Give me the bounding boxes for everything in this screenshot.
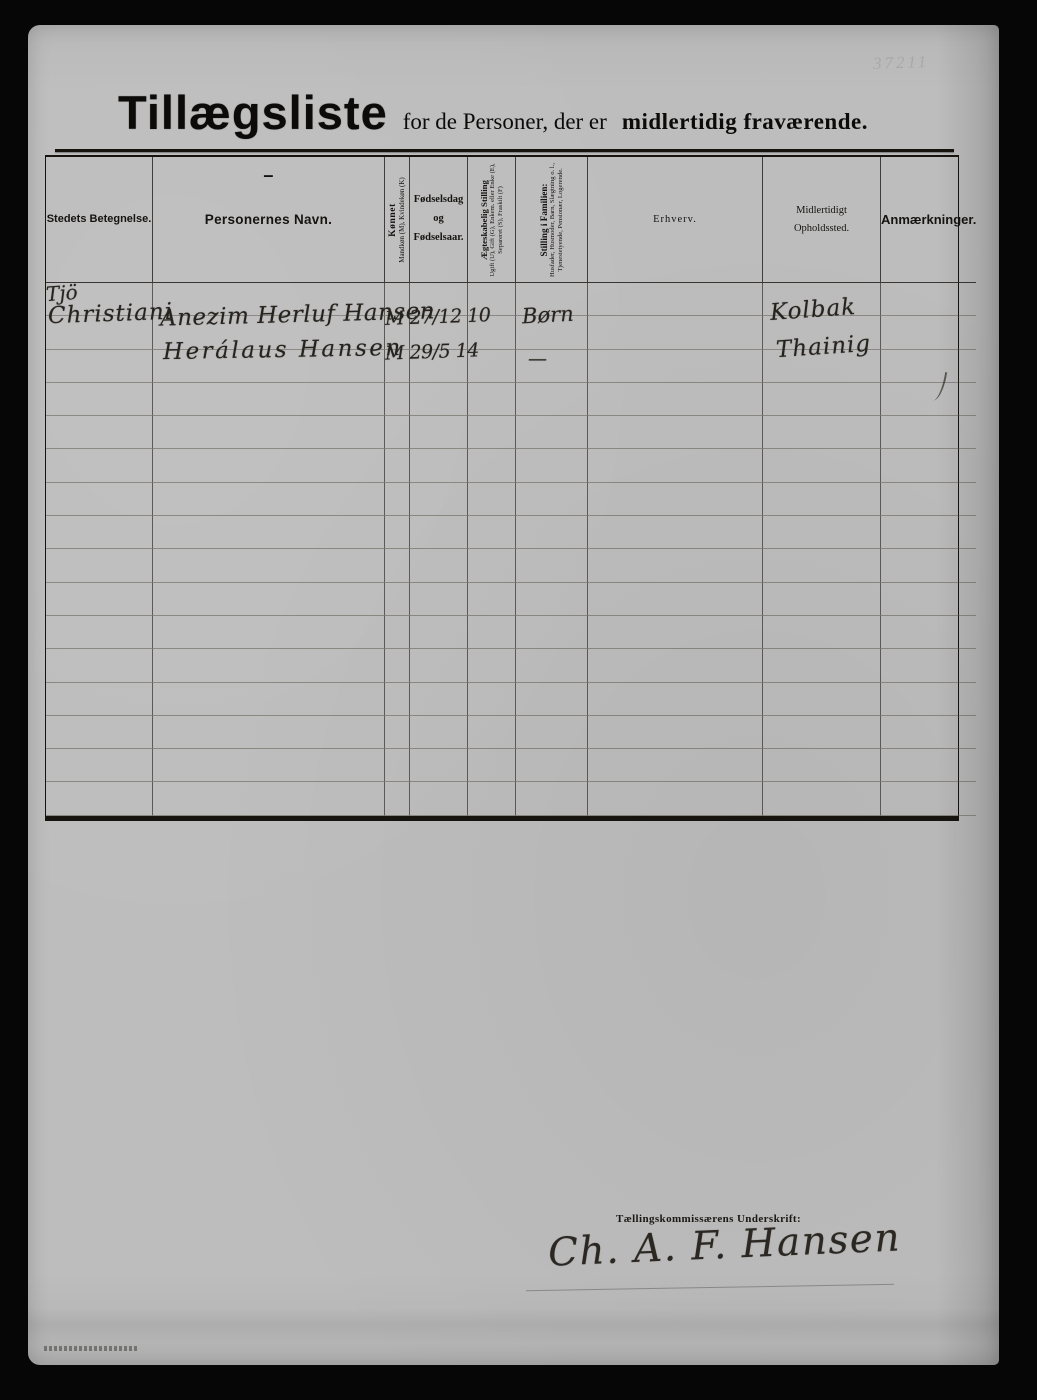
signature-handwritten: Ch. A. F. Hansen	[547, 1215, 902, 1275]
column-header-erhverv: Erhverv.	[588, 157, 763, 283]
table-cell-r15-c1	[46, 749, 153, 782]
table-cell-r15-c6	[516, 749, 588, 782]
census-table: Stedets Betegnelse. – Personernes Navn. …	[45, 155, 959, 821]
table-cell-r3-c1	[46, 350, 153, 383]
table-cell-r16-c2	[153, 782, 385, 815]
table-cell-r10-c8	[763, 583, 881, 616]
title-bold: midlertidig fraværende.	[622, 109, 868, 135]
table-cell-r16-c3	[385, 782, 410, 815]
table-cell-r5-c2	[153, 416, 385, 449]
table-cell-r9-c3	[385, 549, 410, 582]
table-cell-r5-c9	[881, 416, 976, 449]
table-cell-r14-c6	[516, 716, 588, 749]
table-cell-r13-c1	[46, 683, 153, 716]
table-cell-r5-c4	[410, 416, 468, 449]
table-cell-r12-c6	[516, 649, 588, 682]
table-cell-r5-c6	[516, 416, 588, 449]
column-header-label: Personernes Navn.	[205, 212, 332, 227]
table-cell-r12-c9	[881, 649, 976, 682]
table-cell-r10-c9	[881, 583, 976, 616]
table-cell-r16-c5	[468, 782, 516, 815]
column-header-label: Erhverv.	[653, 214, 697, 225]
table-cell-r13-c4	[410, 683, 468, 716]
table-cell-r8-c2	[153, 516, 385, 549]
table-cell-r13-c7	[588, 683, 763, 716]
column-header-sub: Husfader, Husmoder, Barn, Slægtning o. l…	[548, 158, 564, 282]
column-header-main: Ægteskabelig Stilling	[479, 158, 489, 282]
dash-mark: –	[263, 165, 273, 186]
table-cell-r7-c7	[588, 483, 763, 516]
table-cell-r15-c2	[153, 749, 385, 782]
entry2-name: Herálaus Hansen	[163, 335, 403, 365]
table-cell-r16-c9	[881, 782, 976, 815]
table-cell-r4-c7	[588, 383, 763, 416]
table-cell-r8-c5	[468, 516, 516, 549]
entry1-place-line2: Christiani	[48, 299, 174, 329]
table-cell-r7-c8	[763, 483, 881, 516]
column-header-label: Fødselsdag og Fødselsaar.	[413, 191, 463, 248]
table-cell-r6-c8	[763, 449, 881, 482]
table-cell-r10-c7	[588, 583, 763, 616]
column-header-aegteskabelig-stilling: Ægteskabelig Stilling Ugift (U), Gift (G…	[468, 157, 516, 283]
column-header-stilling-i-familien: Stilling i Familien: Husfader, Husmoder,…	[516, 157, 588, 283]
table-cell-r7-c1	[46, 483, 153, 516]
table-cell-r6-c3	[385, 449, 410, 482]
table-cell-r8-c7	[588, 516, 763, 549]
column-header-sub: Ugift (U), Gift (G), Enkem. eller Enke (…	[489, 158, 505, 282]
table-cell-r8-c6	[516, 516, 588, 549]
table-cell-r16-c1	[46, 782, 153, 815]
table-cell-r15-c7	[588, 749, 763, 782]
table-cell-r14-c5	[468, 716, 516, 749]
table-cell-r16-c6	[516, 782, 588, 815]
table-cell-r4-c5	[468, 383, 516, 416]
column-header-stedets-betegnelse: Stedets Betegnelse.	[46, 157, 153, 283]
column-header-main: Kønnet	[388, 159, 398, 281]
table-cell-r1-c7	[588, 283, 763, 316]
table-cell-r14-c8	[763, 716, 881, 749]
title-rule	[55, 149, 954, 152]
entry2-family-position: —	[528, 348, 547, 370]
table-cell-r5-c3	[385, 416, 410, 449]
table-cell-r11-c7	[588, 616, 763, 649]
table-cell-r4-c1	[46, 383, 153, 416]
table-cell-r4-c4	[410, 383, 468, 416]
table-cell-r12-c7	[588, 649, 763, 682]
table-cell-r10-c6	[516, 583, 588, 616]
table-cell-r7-c4	[410, 483, 468, 516]
table-cell-r15-c9	[881, 749, 976, 782]
column-header-label: Stedets Betegnelse.	[47, 210, 152, 229]
table-cell-r15-c8	[763, 749, 881, 782]
table-cell-r6-c1	[46, 449, 153, 482]
column-header-main: Stilling i Familien:	[538, 158, 548, 282]
table-cell-r11-c5	[468, 616, 516, 649]
table-cell-r10-c3	[385, 583, 410, 616]
table-cell-r11-c8	[763, 616, 881, 649]
column-header-konnet: Kønnet Mandkøn (M), Kvindekøn (K)	[385, 157, 410, 283]
table-cell-r12-c5	[468, 649, 516, 682]
table-cell-r7-c9	[881, 483, 976, 516]
table-cell-r1-c9	[881, 283, 976, 316]
table-cell-r9-c9	[881, 549, 976, 582]
table-cell-r6-c6	[516, 449, 588, 482]
table-cell-r6-c4	[410, 449, 468, 482]
column-header-label: Midlertidigt Opholdssted.	[781, 202, 862, 238]
table-cell-r4-c6	[516, 383, 588, 416]
table-cell-r14-c3	[385, 716, 410, 749]
scanned-census-page: { "page": { "title": { "main": "Tillægsl…	[0, 0, 1037, 1400]
table-cell-r8-c1	[46, 516, 153, 549]
table-cell-r3-c6	[516, 350, 588, 383]
vertical-header-text: Stilling i Familien: Husfader, Husmoder,…	[538, 158, 564, 282]
table-cell-r2-c7	[588, 316, 763, 349]
table-cell-r4-c3	[385, 383, 410, 416]
column-header-sub: Mandkøn (M), Kvindekøn (K)	[398, 159, 406, 281]
table-cell-r14-c2	[153, 716, 385, 749]
page-title: Tillægsliste for de Personer, der er mid…	[118, 85, 868, 140]
table-cell-r12-c4	[410, 649, 468, 682]
signature-baseline	[526, 1284, 894, 1291]
table-cell-r13-c9	[881, 683, 976, 716]
table-cell-r9-c4	[410, 549, 468, 582]
table-cell-r5-c8	[763, 416, 881, 449]
table-cell-r13-c6	[516, 683, 588, 716]
table-cell-r14-c9	[881, 716, 976, 749]
table-cell-r8-c8	[763, 516, 881, 549]
column-header-midlertidigt-opholdssted: Midlertidigt Opholdssted.	[763, 157, 881, 283]
table-cell-r8-c3	[385, 516, 410, 549]
table-cell-r3-c7	[588, 350, 763, 383]
table-cell-r9-c2	[153, 549, 385, 582]
table-cell-r9-c8	[763, 549, 881, 582]
table-cell-r4-c2	[153, 383, 385, 416]
column-header-anmaerkninger: Anmærkninger.	[881, 157, 976, 283]
table-cell-r4-c8	[763, 383, 881, 416]
table-cell-r11-c4	[410, 616, 468, 649]
table-cell-r7-c2	[153, 483, 385, 516]
table-cell-r6-c2	[153, 449, 385, 482]
table-cell-r3-c9	[881, 350, 976, 383]
entry1-family-position: Børn	[521, 302, 574, 329]
table-cell-r13-c3	[385, 683, 410, 716]
table-cell-r14-c4	[410, 716, 468, 749]
table-cell-r9-c7	[588, 549, 763, 582]
table-cell-r11-c1	[46, 616, 153, 649]
title-mid: for de Personer, der er	[403, 109, 607, 135]
table-cell-r14-c7	[588, 716, 763, 749]
table-cell-r13-c2	[153, 683, 385, 716]
table-cell-r15-c5	[468, 749, 516, 782]
column-header-label: Anmærkninger.	[881, 212, 976, 227]
vertical-header-text: Ægteskabelig Stilling Ugift (U), Gift (G…	[479, 158, 505, 282]
table-cell-r7-c5	[468, 483, 516, 516]
faint-corner-mark: 37211	[873, 52, 930, 74]
table-cell-r6-c9	[881, 449, 976, 482]
table-cell-r8-c9	[881, 516, 976, 549]
table-cell-r12-c1	[46, 649, 153, 682]
table-cell-r16-c7	[588, 782, 763, 815]
table-cell-r12-c2	[153, 649, 385, 682]
table-cell-r15-c4	[410, 749, 468, 782]
table-cell-r10-c4	[410, 583, 468, 616]
table-cell-r5-c5	[468, 416, 516, 449]
document-paper: 37211 Tillægsliste for de Personer, der …	[28, 25, 999, 1365]
table-cell-r15-c3	[385, 749, 410, 782]
table-cell-r14-c1	[46, 716, 153, 749]
table-cell-r6-c7	[588, 449, 763, 482]
table-cell-r10-c2	[153, 583, 385, 616]
table-cell-r8-c4	[410, 516, 468, 549]
table-cell-r10-c1	[46, 583, 153, 616]
table-cell-r9-c1	[46, 549, 153, 582]
table-cell-r5-c7	[588, 416, 763, 449]
vertical-header-text: Kønnet Mandkøn (M), Kvindekøn (K)	[388, 159, 406, 281]
table-cell-r9-c5	[468, 549, 516, 582]
table-cell-r12-c8	[763, 649, 881, 682]
entry1-sex-and-birthdate: M 27/12 10	[385, 304, 491, 330]
table-cell-r11-c9	[881, 616, 976, 649]
scan-artifact-band	[28, 1308, 999, 1344]
title-main: Tillægsliste	[118, 85, 388, 140]
table-cell-r5-c1	[46, 416, 153, 449]
table-cell-r11-c3	[385, 616, 410, 649]
table-cell-r9-c6	[516, 549, 588, 582]
table-cell-r16-c4	[410, 782, 468, 815]
entry2-sex-and-birthdate: M 29/5 14	[385, 339, 480, 364]
column-header-fodselsdag: Fødselsdag og Fødselsaar.	[410, 157, 468, 283]
table-cell-r2-c9	[881, 316, 976, 349]
table-cell-r10-c5	[468, 583, 516, 616]
table-cell-r6-c5	[468, 449, 516, 482]
table-cell-r13-c8	[763, 683, 881, 716]
table-cell-r7-c6	[516, 483, 588, 516]
printers-mark	[44, 1346, 138, 1351]
table-cell-r13-c5	[468, 683, 516, 716]
table-cell-r11-c6	[516, 616, 588, 649]
table-cell-r7-c3	[385, 483, 410, 516]
table-cell-r16-c8	[763, 782, 881, 815]
table-cell-r11-c2	[153, 616, 385, 649]
column-header-personernes-navn: – Personernes Navn.	[153, 157, 385, 283]
table-cell-r12-c3	[385, 649, 410, 682]
